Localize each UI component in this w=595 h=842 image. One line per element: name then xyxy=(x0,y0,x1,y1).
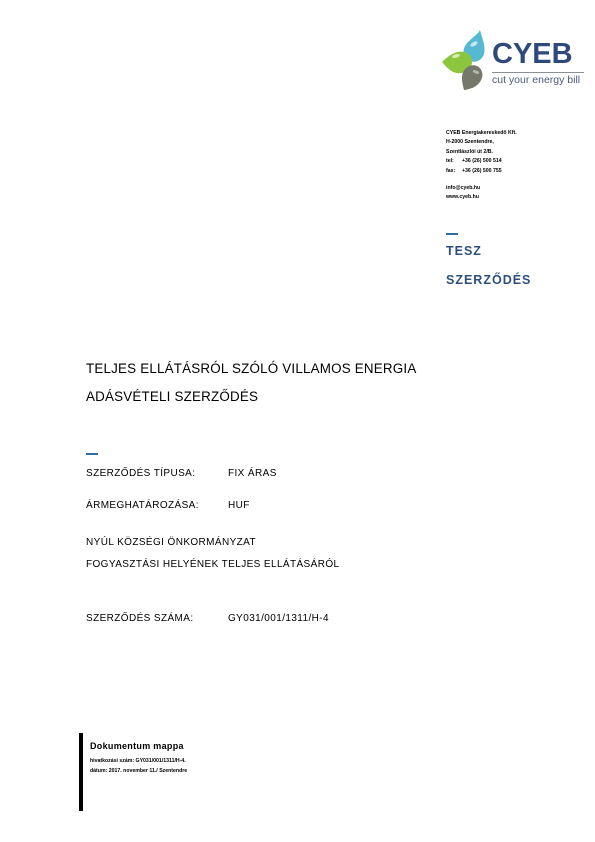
doc-label-contract: SZERZŐDÉS xyxy=(446,273,531,287)
title-line-1: TELJES ELLÁTÁSRÓL SZÓLÓ VILLAMOS ENERGIA xyxy=(86,355,416,383)
logo-divider xyxy=(492,72,584,73)
phone-number: +36 (26) 500 514 xyxy=(462,158,502,164)
reference-number: hivatkozási szám: GY031/001/1311/H-4. xyxy=(90,756,186,766)
subject-line-1: NYÚL KÖZSÉGI ÖNKORMÁNYZAT xyxy=(86,532,339,554)
contract-type-value: FIX ÁRAS xyxy=(228,468,277,480)
spacer xyxy=(446,176,517,184)
phone-row: tel:+36 (26) 500 514 xyxy=(446,157,517,166)
folder-sidebar-bar xyxy=(79,733,83,811)
phone-label: tel: xyxy=(446,157,462,166)
contract-subject: NYÚL KÖZSÉGI ÖNKORMÁNYZAT FOGYASZTÁSI HE… xyxy=(86,532,339,576)
fax-label: fax: xyxy=(446,167,462,176)
company-website[interactable]: www.cyeb.hu xyxy=(446,193,517,202)
company-name: CYEB Energiakereskedő Kft. xyxy=(446,129,517,138)
address-line-1: H-2000 Szentendre, xyxy=(446,138,517,147)
fax-number: +36 (26) 500 755 xyxy=(462,168,502,174)
droplets-icon xyxy=(440,28,492,98)
contract-number-value: GY031/001/1311/H-4 xyxy=(228,613,329,625)
pricing-label: ÁRMEGHATÁROZÁSA: xyxy=(86,500,199,512)
document-date: dátum: 2017. november 11./ Szentendre xyxy=(90,766,187,776)
accent-dash xyxy=(86,453,98,455)
folder-title: Dokumentum mappa xyxy=(90,741,184,751)
logo-tagline: cut your energy bill xyxy=(492,74,580,86)
page-title: TELJES ELLÁTÁSRÓL SZÓLÓ VILLAMOS ENERGIA… xyxy=(86,355,416,411)
address-line-2: Szentlászlói út 2/B. xyxy=(446,148,517,157)
pricing-value: HUF xyxy=(228,500,250,512)
contract-type-label: SZERZŐDÉS TÍPUSA: xyxy=(86,468,195,480)
contract-number-label: SZERZŐDÉS SZÁMA: xyxy=(86,613,194,625)
company-address-block: CYEB Energiakereskedő Kft. H-2000 Szente… xyxy=(446,129,517,203)
accent-dash xyxy=(446,233,458,235)
subject-line-2: FOGYASZTÁSI HELYÉNEK TELJES ELLÁTÁSÁRÓL xyxy=(86,554,339,576)
logo-wordmark: CYEB xyxy=(492,40,573,69)
doc-label-test: TESZ xyxy=(446,244,482,258)
company-logo: CYEB cut your energy bill xyxy=(440,28,590,98)
title-line-2: ADÁSVÉTELI SZERZŐDÉS xyxy=(86,383,416,411)
company-email[interactable]: info@cyeb.hu xyxy=(446,184,517,193)
fax-row: fax:+36 (26) 500 755 xyxy=(446,167,517,176)
